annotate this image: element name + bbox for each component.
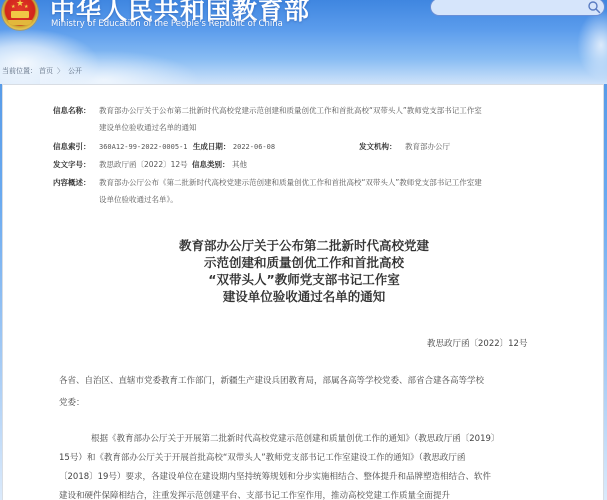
title-line: 建设单位验收通过名单的通知	[3, 288, 605, 305]
info-name-value-cont: 建设单位验收通过名单的通知	[99, 123, 197, 132]
title-line: 示范创建和质量创优工作和首批高校	[3, 254, 605, 271]
info-name-label: 信息名称：	[53, 105, 99, 116]
info-summary-label: 内容概述：	[53, 177, 99, 188]
content-panel: 信息名称：教育部办公厅关于公布第二批新时代高校党建示范创建和质量创优工作和首批高…	[2, 84, 604, 500]
info-date-label: 生成日期：	[193, 141, 233, 152]
document-number: 教思政厅函〔2022〕12号	[427, 337, 527, 349]
info-issuer-label: 发文机构：	[359, 141, 405, 152]
info-category-value: 其他	[232, 160, 247, 169]
info-summary-value: 教育部办公厅公布《第二批新时代高校党建示范创建和质量创优工作和首批高校“双带头人…	[99, 178, 482, 187]
info-index-label: 信息索引：	[53, 141, 99, 152]
recipients-text: 各省、自治区、直辖市党委教育工作部门，新疆生产建设兵团教育局，部属各高等学校党委…	[59, 374, 484, 386]
breadcrumb-home[interactable]: 首页	[39, 67, 53, 75]
info-index-value: 360A12-99-2022-0005-1	[99, 143, 188, 151]
info-docno-label: 发文字号：	[53, 159, 99, 170]
document-title: 教育部办公厅关于公布第二批新时代高校党建 示范创建和质量创优工作和首批高校 “双…	[3, 237, 605, 305]
info-date-value: 2022-06-08	[233, 143, 275, 151]
title-line: 教育部办公厅关于公布第二批新时代高校党建	[3, 237, 605, 254]
frost-decoration	[577, 10, 607, 80]
info-issuer-value: 教育部办公厅	[405, 142, 450, 151]
breadcrumb-prefix: 当前位置：	[2, 67, 37, 75]
info-docno-value: 教思政厅函〔2022〕12号	[99, 160, 188, 169]
info-name-value: 教育部办公厅关于公布第二批新时代高校党建示范创建和质量创优工作和首批高校“双带头…	[99, 106, 482, 115]
info-category-label: 信息类别：	[192, 159, 232, 170]
site-subtitle: Ministry of Education of the People's Re…	[51, 19, 283, 29]
body-paragraph-line: 15号）和《教育部办公厅关于开展首批高校“双带头人”教师党支部书记工作室建设工作…	[59, 451, 465, 463]
body-paragraph-line: 根据《教育部办公厅关于开展第二批新时代高校党建示范创建和质量创优工作的通知》（教…	[91, 432, 499, 444]
national-emblem-icon[interactable]: ★ ★ ★	[2, 0, 38, 30]
title-line: “双带头人”教师党支部书记工作室	[3, 271, 605, 288]
body-paragraph-line: 建设和硬件保障相结合，注重发挥示范创建平台、支部书记工作室作用，推动高校党建工作…	[59, 489, 450, 500]
info-summary-value-cont: 设单位验收通过名单》。	[99, 195, 178, 204]
breadcrumb-public[interactable]: 公开	[68, 67, 82, 75]
search-input[interactable]	[430, 0, 605, 16]
breadcrumb-separator: 〉	[57, 67, 64, 75]
breadcrumb: 当前位置：首页〉公开	[2, 66, 86, 76]
recipients-text-cont: 党委：	[59, 396, 85, 408]
site-header: ★ ★ ★ 中华人民共和国教育部 Ministry of Education o…	[0, 0, 607, 84]
search-icon[interactable]	[587, 0, 601, 14]
body-paragraph-line: 〔2018〕19号）要求，各建设单位在建设期内坚持统筹规划和分步实施相结合、整体…	[59, 470, 491, 482]
